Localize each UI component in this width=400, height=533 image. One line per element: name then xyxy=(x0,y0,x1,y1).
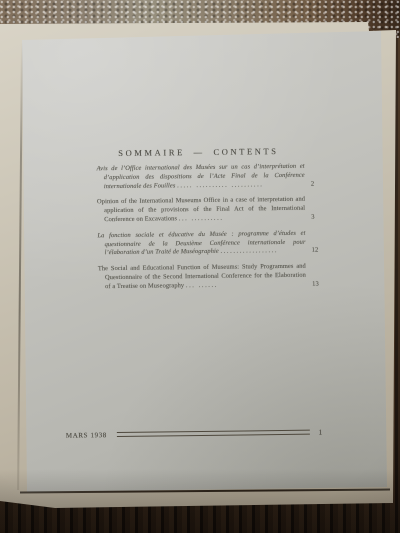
toc-entry: The Social and Educational Function of M… xyxy=(98,263,319,292)
toc-leader-dots: ..... .......... .......... xyxy=(177,181,263,189)
toc-leader-dots: ... .......... xyxy=(179,215,224,223)
table-of-contents: Avis de l’Office international des Musée… xyxy=(97,163,320,299)
photo-scene: SOMMAIRE — CONTENTS Avis de l’Office int… xyxy=(0,0,400,533)
footer-page-number: 1 xyxy=(318,428,322,437)
footer-date: MARS 1938 xyxy=(66,431,107,440)
footer-rule xyxy=(117,430,310,437)
page-content: SOMMAIRE — CONTENTS Avis de l’Office int… xyxy=(0,0,400,533)
page-title: SOMMAIRE — CONTENTS xyxy=(0,145,398,160)
toc-entry: Opinion of the International Museums Off… xyxy=(97,196,318,225)
page-footer: MARS 1938 1 xyxy=(66,428,323,440)
toc-leader-dots: ... ...... xyxy=(186,282,218,289)
toc-entry: Avis de l’Office international des Musée… xyxy=(97,163,318,192)
toc-leader-dots: .................. xyxy=(220,247,278,255)
toc-entry: La fonction sociale et éducative du Musé… xyxy=(97,229,318,258)
